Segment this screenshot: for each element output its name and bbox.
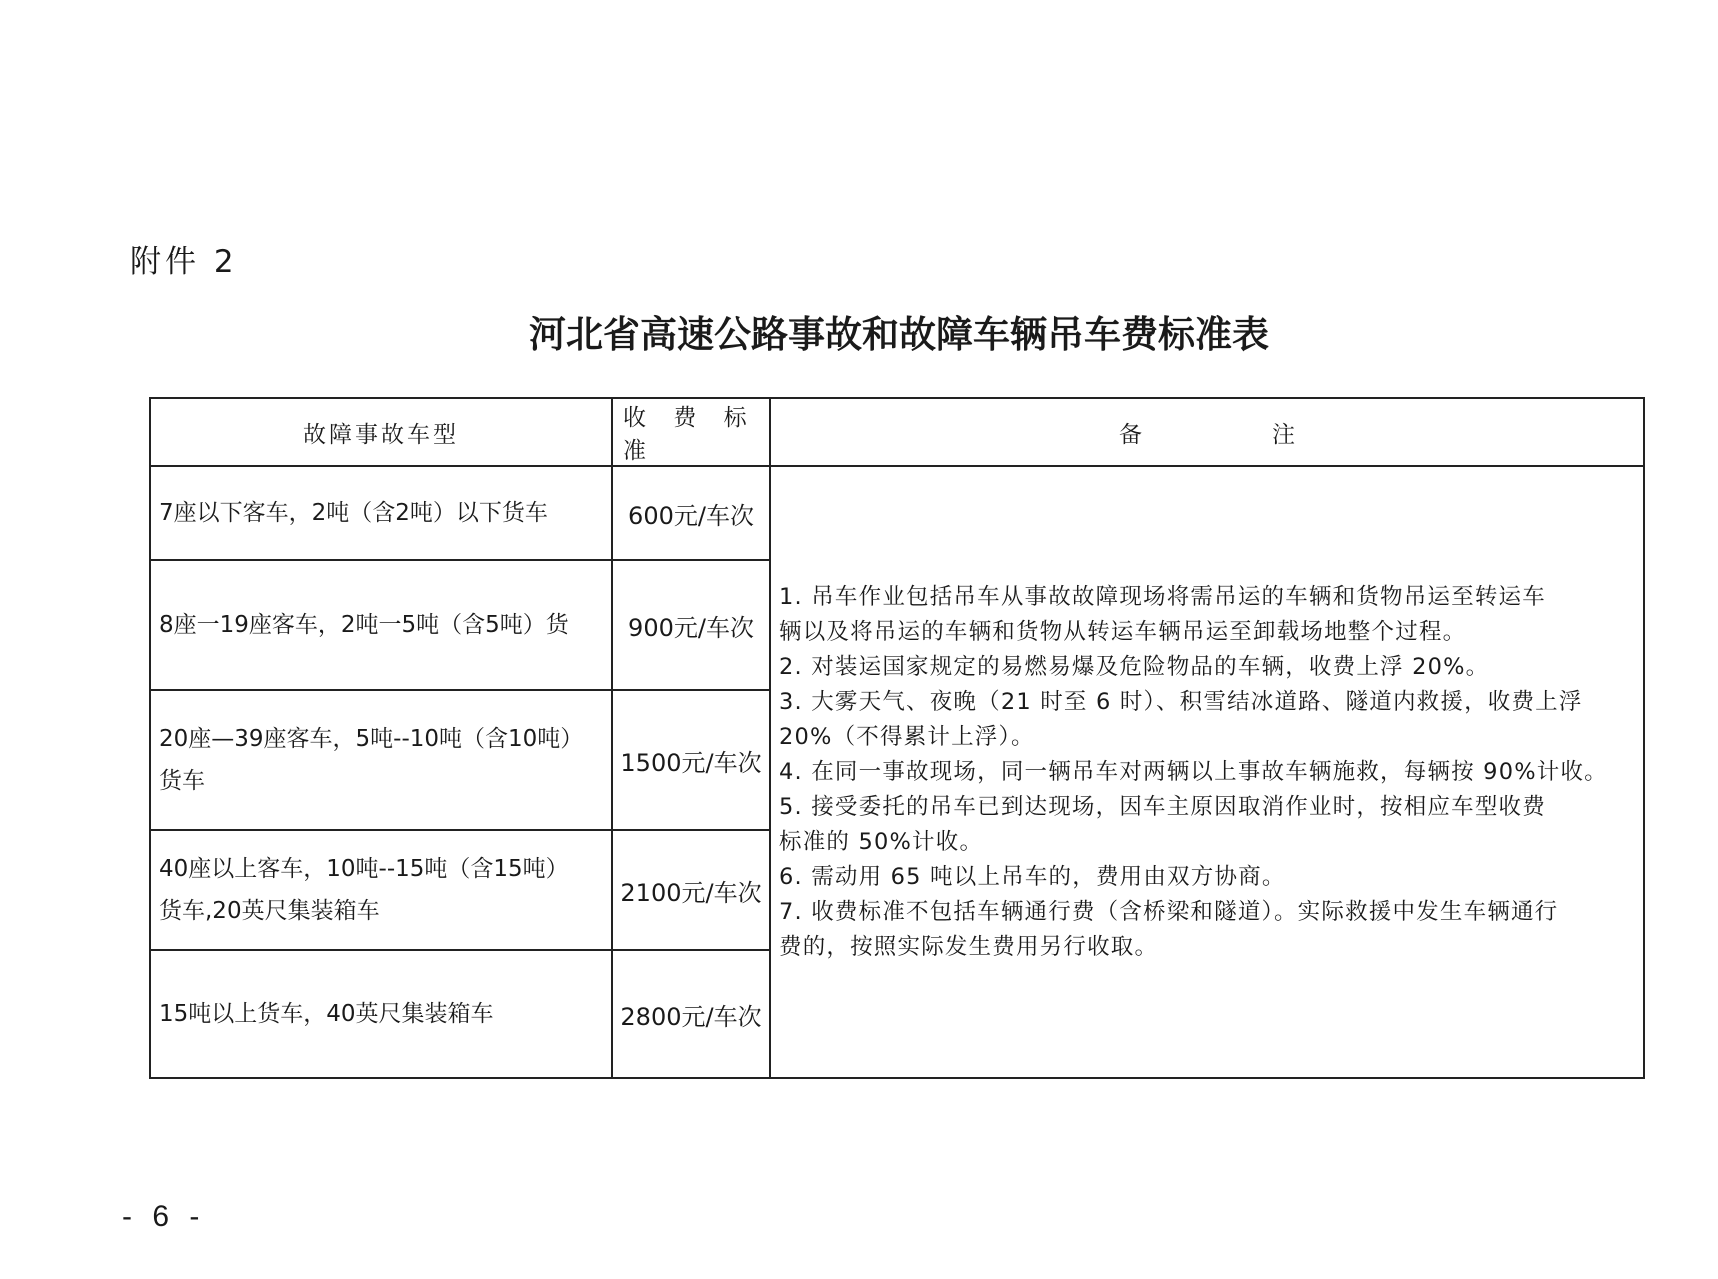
fee-cell: 600元/车次	[612, 466, 770, 560]
fee-cell: 1500元/车次	[612, 690, 770, 830]
table-header-row: 故障事故车型 收 费 标 准 备注	[150, 398, 1644, 466]
attachment-label: 附件 2	[130, 236, 238, 281]
vehicle-type-line: 20座—39座客车，5吨--10吨（含10吨）	[159, 718, 607, 760]
remark-line: 6. 需动用 65 吨以上吊车的，费用由双方协商。	[779, 860, 1633, 895]
vehicle-type-line: 40座以上客车，10吨--15吨（含15吨）	[159, 848, 607, 890]
fee-cell: 2100元/车次	[612, 830, 770, 950]
remarks-header-left: 备	[1119, 422, 1142, 448]
page-number: - 6 -	[122, 1200, 205, 1234]
table-row: 7座以下客车，2吨（含2吨）以下货车 600元/车次 1. 吊车作业包括吊车从事…	[150, 466, 1644, 560]
vehicle-type-line: 8座一19座客车，2吨一5吨（含5吨）货	[159, 604, 607, 646]
vehicle-type-line: 7座以下客车，2吨（含2吨）以下货车	[159, 492, 607, 534]
remark-line: 辆以及将吊运的车辆和货物从转运车辆吊运至卸载场地整个过程。	[779, 615, 1633, 650]
remarks-cell: 1. 吊车作业包括吊车从事故故障现场将需吊运的车辆和货物吊运至转运车 辆以及将吊…	[770, 466, 1644, 1078]
remark-line: 标准的 50%计收。	[779, 825, 1633, 860]
column-header-fee-standard: 收 费 标 准	[612, 398, 770, 466]
remark-line: 5. 接受委托的吊车已到达现场，因车主原因取消作业时，按相应车型收费	[779, 790, 1633, 825]
vehicle-type-cell: 40座以上客车，10吨--15吨（含15吨） 货车,20英尺集装箱车	[150, 830, 612, 950]
vehicle-type-line: 15吨以上货车，40英尺集装箱车	[159, 993, 607, 1035]
fee-standard-table: 故障事故车型 收 费 标 准 备注 7座以下客车，2吨（含2吨）以下货车 600…	[149, 397, 1645, 1079]
vehicle-type-cell: 15吨以上货车，40英尺集装箱车	[150, 950, 612, 1078]
remark-line: 4. 在同一事故现场，同一辆吊车对两辆以上事故车辆施救，每辆按 90%计收。	[779, 755, 1633, 790]
vehicle-type-cell: 8座一19座客车，2吨一5吨（含5吨）货	[150, 560, 612, 690]
remark-line: 20%（不得累计上浮）。	[779, 720, 1633, 755]
remarks-header-right: 注	[1272, 422, 1295, 448]
fee-cell: 2800元/车次	[612, 950, 770, 1078]
remark-line: 2. 对装运国家规定的易燃易爆及危险物品的车辆，收费上浮 20%。	[779, 650, 1633, 685]
remark-line: 1. 吊车作业包括吊车从事故故障现场将需吊运的车辆和货物吊运至转运车	[779, 580, 1633, 615]
remark-line: 费的，按照实际发生费用另行收取。	[779, 930, 1633, 965]
document-title: 河北省高速公路事故和故障车辆吊车费标准表	[0, 304, 1718, 358]
vehicle-type-cell: 20座—39座客车，5吨--10吨（含10吨） 货车	[150, 690, 612, 830]
remark-line: 7. 收费标准不包括车辆通行费（含桥梁和隧道）。实际救援中发生车辆通行	[779, 895, 1633, 930]
vehicle-type-line: 货车	[159, 760, 607, 802]
vehicle-type-line: 货车,20英尺集装箱车	[159, 890, 607, 932]
remark-line: 3. 大雾天气、夜晚（21 时至 6 时）、积雪结冰道路、隧道内救援，收费上浮	[779, 685, 1633, 720]
column-header-remarks: 备注	[770, 398, 1644, 466]
fee-cell: 900元/车次	[612, 560, 770, 690]
column-header-vehicle-type: 故障事故车型	[150, 398, 612, 466]
vehicle-type-cell: 7座以下客车，2吨（含2吨）以下货车	[150, 466, 612, 560]
